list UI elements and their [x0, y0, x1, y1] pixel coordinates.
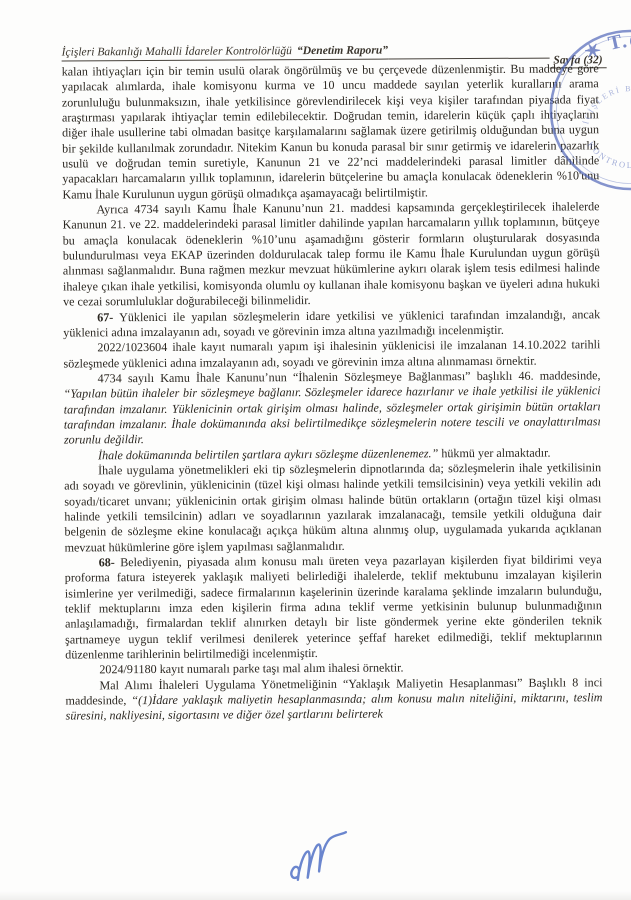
- paragraph: 68- Belediyenin, piyasada alım konusu ma…: [65, 552, 603, 663]
- paragraph: kalan ihtiyaçları için bir temin usulü o…: [62, 61, 600, 202]
- text-run: İhale uygulama yönetmelikleri eki tip sö…: [64, 460, 601, 554]
- header-rule: [388, 58, 549, 60]
- header-running-title: İçişleri Bakanlığı Mahalli İdareler Kont…: [62, 44, 389, 62]
- paragraph: Mal Alımı İhaleleri Uygulama Yönetmeliği…: [65, 675, 602, 724]
- paragraph: 67- Yüklenici ile yapılan sözleşmelerin …: [63, 307, 600, 341]
- text-run: 4734 sayılı Kamu İhale Kanunu’nun “İhale…: [98, 368, 601, 385]
- document-body: kalan ihtiyaçları için bir temin usulü o…: [62, 61, 603, 724]
- scan-content: İçişleri Bakanlığı Mahalli İdareler Kont…: [0, 0, 631, 900]
- text-run: hükmü yer almaktadır.: [438, 445, 550, 460]
- paragraph: Ayrıca 4734 sayılı Kamu İhale Kanunu’nun…: [62, 199, 600, 310]
- handwritten-signature-icon: [283, 824, 363, 890]
- text-run: kalan ihtiyaçları için bir temin usulü o…: [62, 61, 600, 201]
- paragraph: 4734 sayılı Kamu İhale Kanunu’nun “İhale…: [64, 368, 601, 448]
- header-report-title: “Denetim Raporu”: [297, 44, 388, 58]
- official-seal-icon: ✶ T.C. ✶ İÇİŞLERİ BAKANLIĞI KONTROLÖRÜ 1…: [546, 24, 631, 206]
- text-run: 68-: [99, 555, 115, 569]
- scanned-document-page: İçişleri Bakanlığı Mahalli İdareler Kont…: [0, 0, 631, 900]
- header-organization: İçişleri Bakanlığı Mahalli İdareler Kont…: [62, 44, 292, 58]
- text-run: Yüklenici ile yapılan sözleşmelerin idar…: [63, 307, 600, 340]
- text-run: “Yapılan bütün ihaleler bir sözleşmeye b…: [64, 383, 601, 446]
- text-run: 2022/1023604 ihale kayıt numaralı yapım …: [63, 337, 600, 370]
- svg-text:KONTROLÖRÜ 162: KONTROLÖRÜ 162: [586, 140, 631, 170]
- text-run: 2024/91180 kayıt numaralı parke taşı mal…: [99, 661, 403, 677]
- svg-text:İÇİŞLERİ BAKANLIĞI: İÇİŞLERİ BAKANLIĞI: [581, 84, 631, 125]
- text-run: 67-: [97, 310, 113, 324]
- text-run: Belediyenin, piyasada alım konusu malı ü…: [65, 552, 602, 661]
- text-run: İhale dokümanında belirtilen şartlara ay…: [98, 446, 438, 462]
- page-header: İçişleri Bakanlığı Mahalli İdareler Kont…: [62, 42, 607, 61]
- text-run: Ayrıca 4734 sayılı Kamu İhale Kanunu’nun…: [63, 199, 600, 308]
- stamp-arc-lower-text: KONTROLÖRÜ 162: [586, 140, 631, 170]
- stamp-arc-upper-text: İÇİŞLERİ BAKANLIĞI: [581, 84, 631, 125]
- paragraph: İhale uygulama yönetmelikleri eki tip sö…: [64, 460, 602, 555]
- text-run: “(1)İdare yaklaşık maliyetin hesaplanmas…: [66, 690, 603, 723]
- paragraph: 2022/1023604 ihale kayıt numaralı yapım …: [63, 337, 600, 371]
